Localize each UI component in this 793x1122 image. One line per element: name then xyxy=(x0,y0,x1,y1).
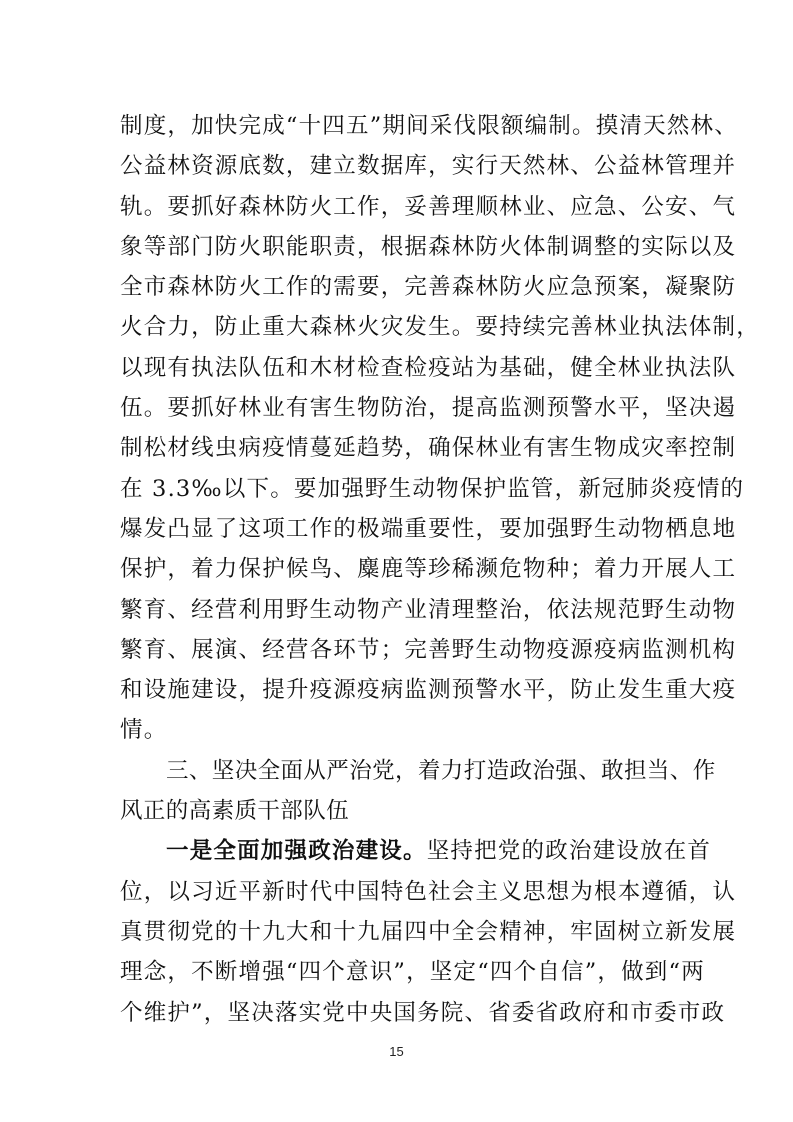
text-line: 繁育、经营利用野生动物产业清理整治，依法规范野生动物 xyxy=(120,590,680,630)
subsection-lead: 一是全面加强政治建设。 xyxy=(166,838,427,864)
text-line: 火合力，防止重大森林火灾发生。要持续完善林业执法体制， xyxy=(120,307,680,347)
page-body: 制度，加快完成“十四五”期间采伐限额编制。摸清天然林、 公益林资源底数，建立数据… xyxy=(120,106,680,1033)
text-line: 和设施建设，提升疫源疫病监测预警水平，防止发生重大疫 xyxy=(120,670,680,710)
text-line: 情。 xyxy=(120,710,680,750)
text-fragment: 坚持把党的政治建设放在首 xyxy=(427,838,711,864)
text-line: 位，以习近平新时代中国特色社会主义思想为根本遵循，认 xyxy=(120,872,680,912)
text-line: 公益林资源底数，建立数据库，实行天然林、公益林管理并 xyxy=(120,146,680,186)
section-heading: 三、坚决全面从严治党，着力打造政治强、敢担当、作 风正的高素质干部队伍 xyxy=(120,751,680,832)
section-heading-line: 风正的高素质干部队伍 xyxy=(120,791,680,831)
page-number: 15 xyxy=(0,1044,793,1059)
document-page: 制度，加快完成“十四五”期间采伐限额编制。摸清天然林、 公益林资源底数，建立数据… xyxy=(0,0,793,1122)
text-line: 理念，不断增强“四个意识”，坚定“四个自信”，做到“两 xyxy=(120,952,680,992)
text-line: 在 3.3‰以下。要加强野生动物保护监管，新冠肺炎疫情的 xyxy=(120,469,680,509)
text-line: 个维护”，坚决落实党中央国务院、省委省政府和市委市政 xyxy=(120,993,680,1033)
text-line: 真贯彻党的十九大和十九届四中全会精神，牢固树立新发展 xyxy=(120,912,680,952)
text-line: 伍。要抓好林业有害生物防治，提高监测预警水平，坚决遏 xyxy=(120,388,680,428)
text-line: 制度，加快完成“十四五”期间采伐限额编制。摸清天然林、 xyxy=(120,106,680,146)
text-line: 一是全面加强政治建设。坚持把党的政治建设放在首 xyxy=(120,831,680,871)
text-line: 象等部门防火职能职责，根据森林防火体制调整的实际以及 xyxy=(120,227,680,267)
text-line: 轨。要抓好森林防火工作，妥善理顺林业、应急、公安、气 xyxy=(120,187,680,227)
text-line: 爆发凸显了这项工作的极端重要性，要加强野生动物栖息地 xyxy=(120,509,680,549)
text-line: 以现有执法队伍和木材检查检疫站为基础，健全林业执法队 xyxy=(120,348,680,388)
paragraph-forestry-management: 制度，加快完成“十四五”期间采伐限额编制。摸清天然林、 公益林资源底数，建立数据… xyxy=(120,106,680,751)
text-line: 繁育、展演、经营各环节；完善野生动物疫源疫病监测机构 xyxy=(120,630,680,670)
text-line: 全市森林防火工作的需要，完善森林防火应急预案，凝聚防 xyxy=(120,267,680,307)
section-heading-line: 三、坚决全面从严治党，着力打造政治强、敢担当、作 xyxy=(120,751,680,791)
text-line: 制松材线虫病疫情蔓延趋势，确保林业有害生物成灾率控制 xyxy=(120,428,680,468)
text-line: 保护，着力保护候鸟、麋鹿等珍稀濒危物种；着力开展人工 xyxy=(120,549,680,589)
paragraph-political-building: 一是全面加强政治建设。坚持把党的政治建设放在首 位，以习近平新时代中国特色社会主… xyxy=(120,831,680,1032)
